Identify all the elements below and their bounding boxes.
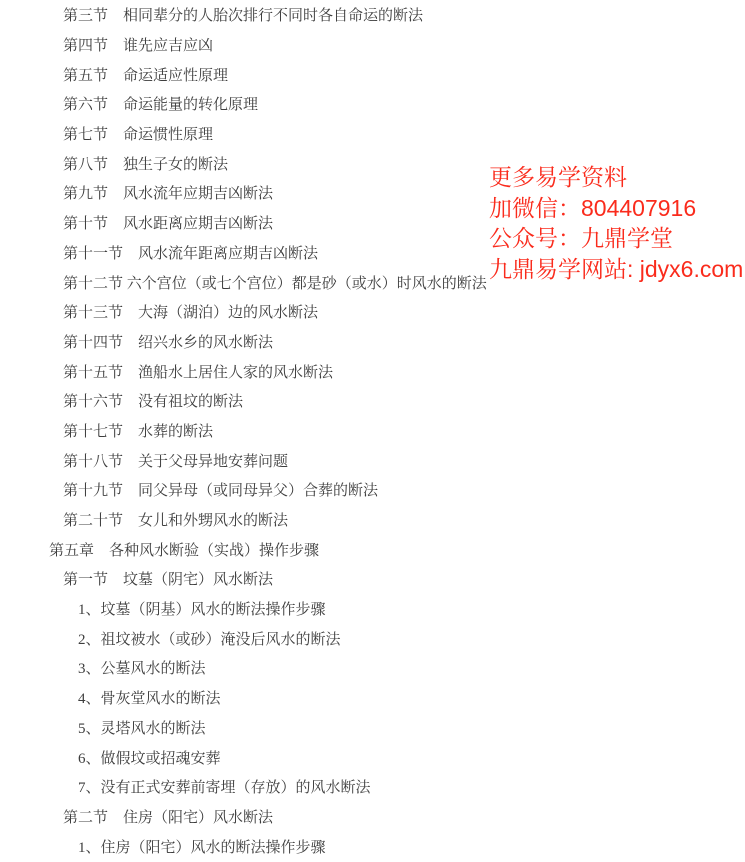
toc-entry: 第四节 谁先应吉应凶 <box>0 30 500 60</box>
toc-entry: 第五章 各种风水断验（实战）操作步骤 <box>0 534 500 564</box>
promo-line-more-materials: 更多易学资料 <box>489 162 743 193</box>
toc-entry: 第十二节 六个宫位（或七个宫位）都是砂（或水）时风水的断法 <box>0 267 500 297</box>
promo-line-website: 九鼎易学网站: jdyx6.com <box>489 254 743 285</box>
toc-entry: 7、没有正式安葬前寄埋（存放）的风水断法 <box>0 772 500 802</box>
toc-entry: 6、做假坟或招魂安葬 <box>0 742 500 772</box>
toc-entry: 第八节 独生子女的断法 <box>0 148 500 178</box>
toc-entry: 1、住房（阳宅）风水的断法操作步骤 <box>0 831 500 861</box>
toc-entry: 5、灵塔风水的断法 <box>0 713 500 743</box>
toc-entry: 第七节 命运惯性原理 <box>0 119 500 149</box>
toc-entry: 3、公墓风水的断法 <box>0 653 500 683</box>
promo-line-wechat: 加微信：804407916 <box>489 193 743 224</box>
toc-list: 第三节 相同辈分的人胎次排行不同时各自命运的断法第四节 谁先应吉应凶第五节 命运… <box>0 0 500 861</box>
toc-entry: 第十一节 风水流年距离应期吉凶断法 <box>0 238 500 268</box>
toc-entry: 第十四节 绍兴水乡的风水断法 <box>0 327 500 357</box>
toc-entry: 1、坟墓（阴基）风水的断法操作步骤 <box>0 594 500 624</box>
toc-entry: 第五节 命运适应性原理 <box>0 59 500 89</box>
toc-entry: 第十三节 大海（湖泊）边的风水断法 <box>0 297 500 327</box>
toc-entry: 第九节 风水流年应期吉凶断法 <box>0 178 500 208</box>
toc-entry: 2、祖坟被水（或砂）淹没后风水的断法 <box>0 623 500 653</box>
toc-entry: 第一节 坟墓（阴宅）风水断法 <box>0 564 500 594</box>
toc-entry: 第十五节 渔船水上居住人家的风水断法 <box>0 356 500 386</box>
toc-entry: 第十六节 没有祖坟的断法 <box>0 386 500 416</box>
toc-entry: 第二节 住房（阳宅）风水断法 <box>0 802 500 832</box>
document-page: 第三节 相同辈分的人胎次排行不同时各自命运的断法第四节 谁先应吉应凶第五节 命运… <box>0 0 745 862</box>
toc-entry: 第三节 相同辈分的人胎次排行不同时各自命运的断法 <box>0 0 500 30</box>
toc-entry: 第十节 风水距离应期吉凶断法 <box>0 208 500 238</box>
toc-entry: 第二十节 女儿和外甥风水的断法 <box>0 505 500 535</box>
toc-entry: 第十九节 同父异母（或同母异父）合葬的断法 <box>0 475 500 505</box>
promo-overlay: 更多易学资料 加微信：804407916 公众号：九鼎学堂 九鼎易学网站: jd… <box>489 162 743 284</box>
toc-entry: 第十八节 关于父母异地安葬问题 <box>0 445 500 475</box>
toc-entry: 第六节 命运能量的转化原理 <box>0 89 500 119</box>
toc-entry: 4、骨灰堂风水的断法 <box>0 683 500 713</box>
promo-line-official-account: 公众号：九鼎学堂 <box>489 223 743 254</box>
toc-entry: 第十七节 水葬的断法 <box>0 416 500 446</box>
